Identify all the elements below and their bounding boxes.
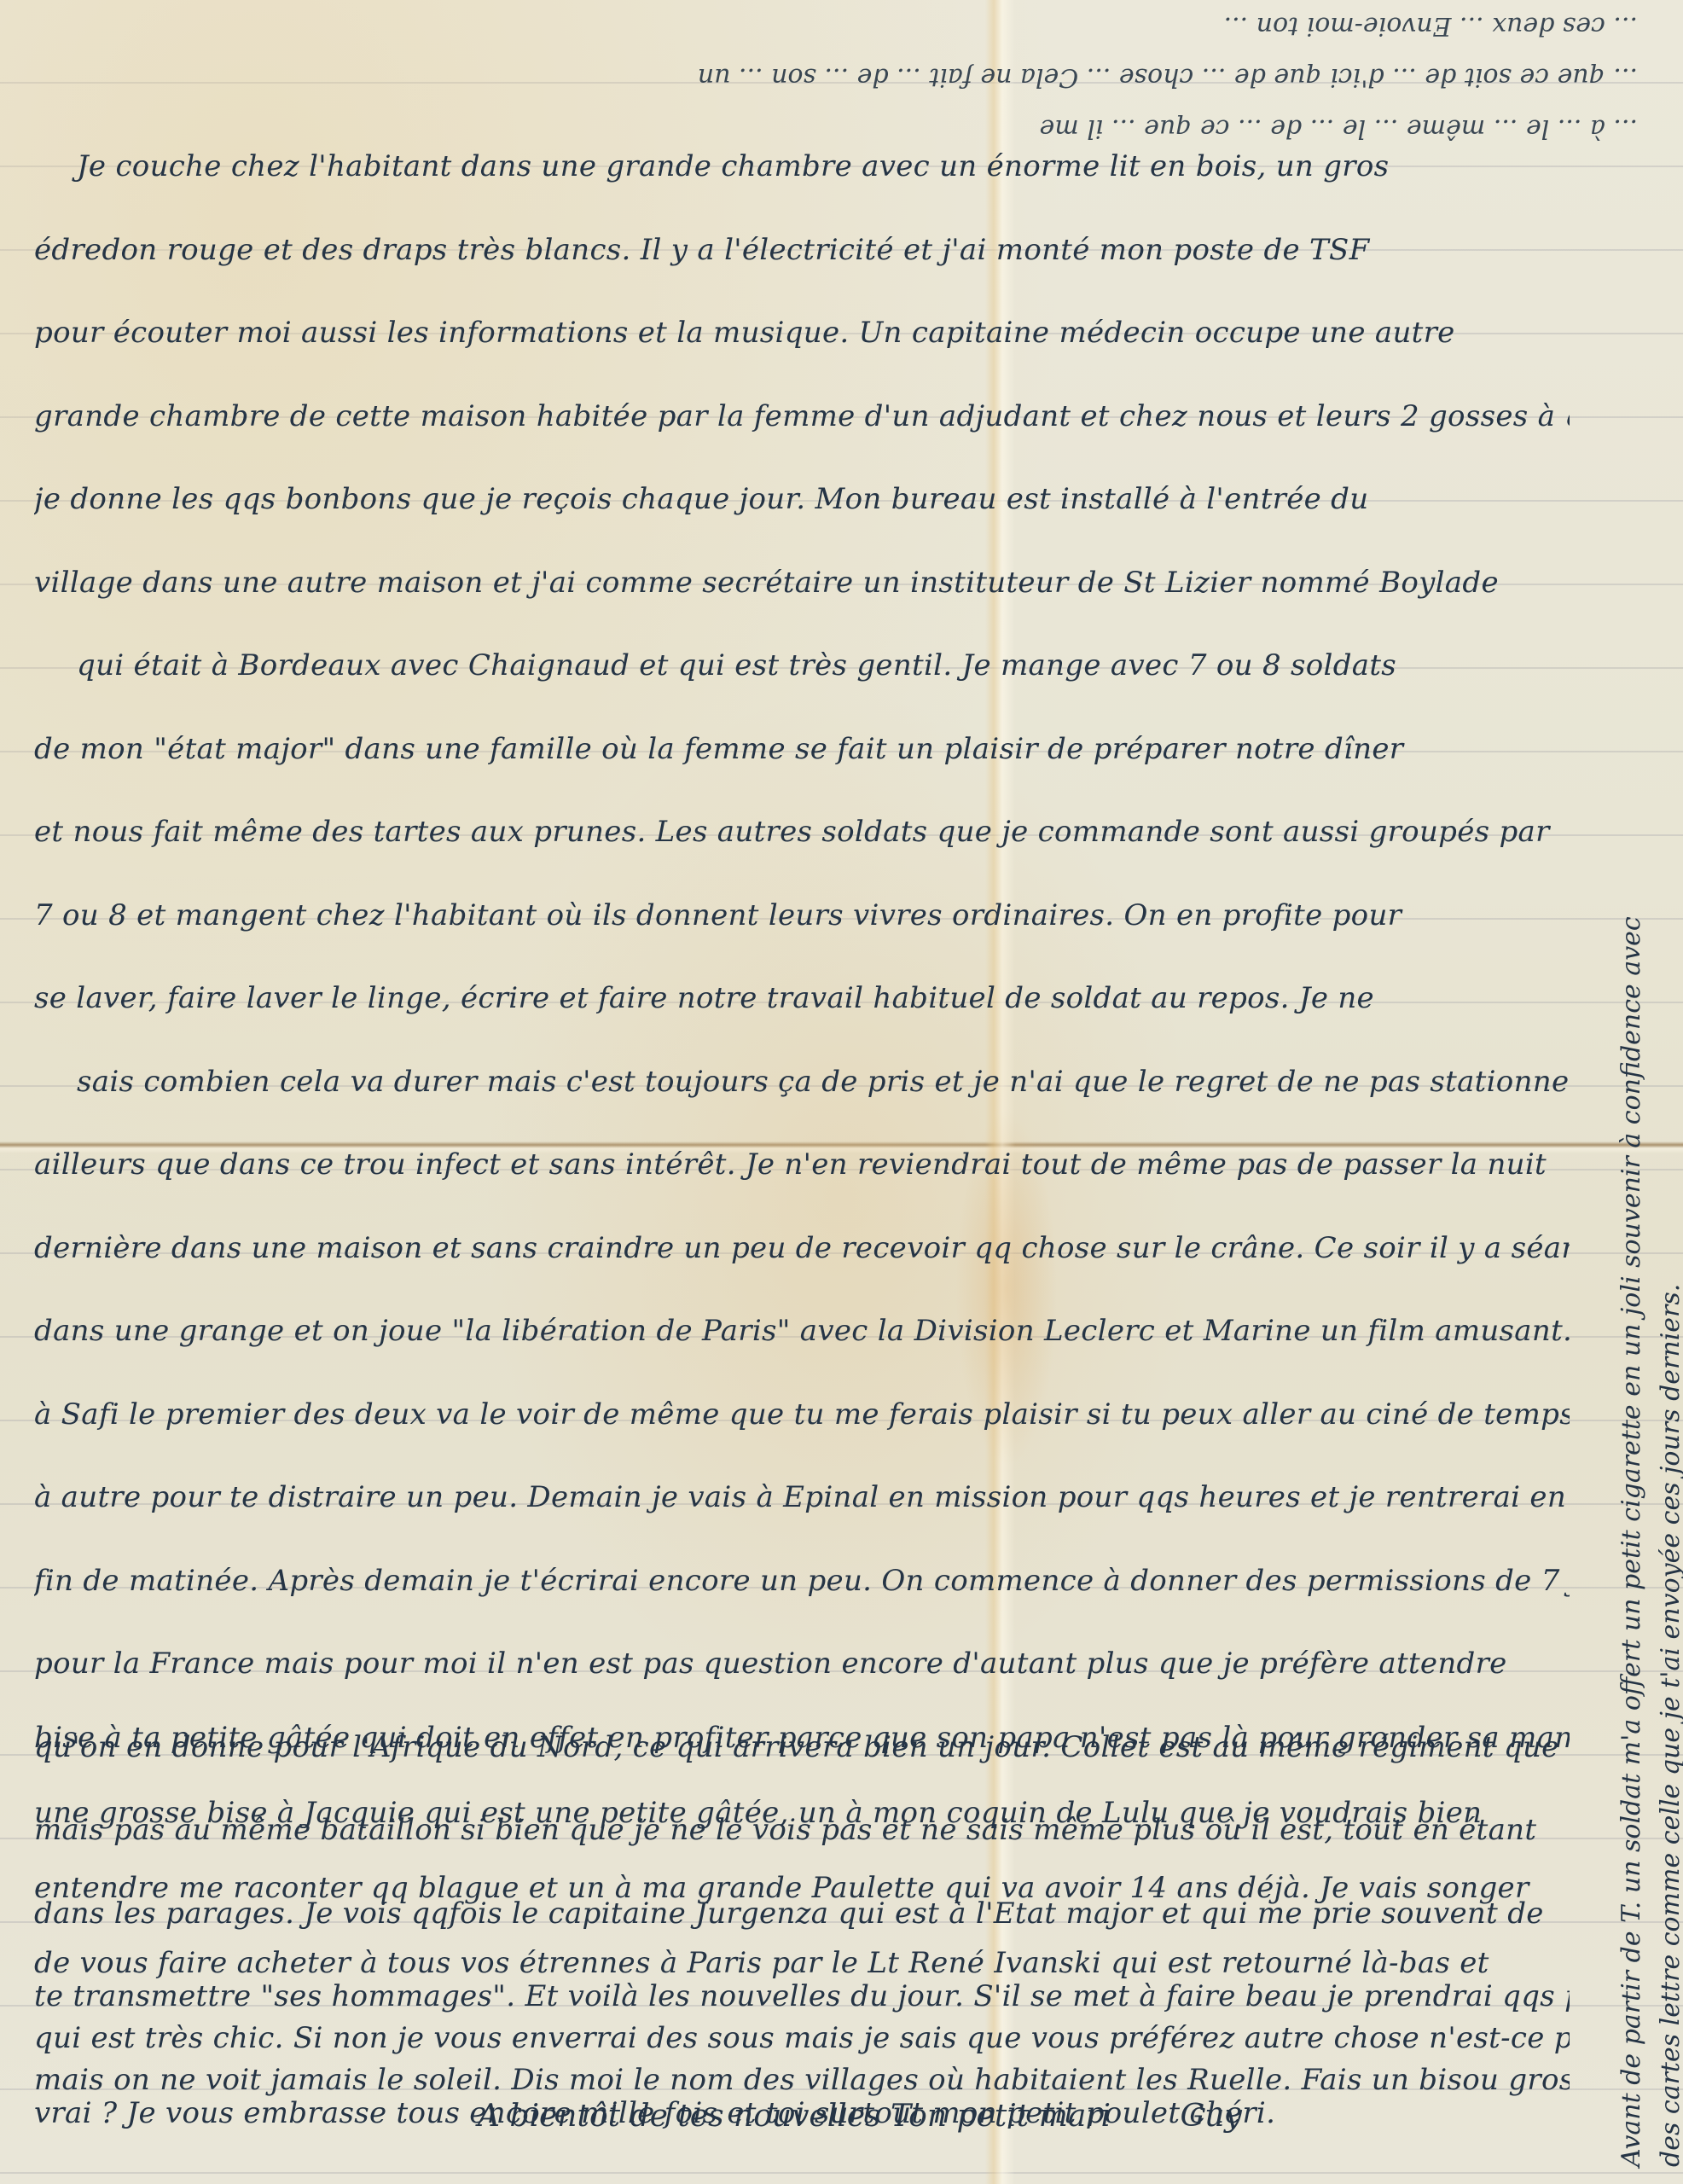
signature: Guy xyxy=(1181,2099,1242,2134)
letter-line: qui est très chic. Si non je vous enverr… xyxy=(34,2013,1570,2088)
letter-line: bise à ta petite gâtée qui doit en effet… xyxy=(34,1712,1570,1787)
letter-line: Je couche chez l'habitant dans une grand… xyxy=(34,141,1570,224)
letter-line: dernière dans une maison et sans craindr… xyxy=(34,1223,1570,1306)
letter-line: pour la France mais pour moi il n'en est… xyxy=(34,1638,1570,1722)
letter-line: fin de matinée. Après demain je t'écrira… xyxy=(34,1555,1570,1639)
letter-closing: A bientôt de tes nouvelles Ton petit mar… xyxy=(478,2099,1242,2134)
margin-note-line: des cartes lettre comme celle que je t'a… xyxy=(1651,119,1683,2167)
letter-line: 7 ou 8 et mangent chez l'habitant où ils… xyxy=(34,890,1570,973)
upside-down-postscript: ... à ... le ... même ... le ... de ... … xyxy=(51,0,1638,154)
letter-line: je donne les qqs bonbons que je reçois c… xyxy=(34,473,1570,557)
letter-line: édredon rouge et des draps très blancs. … xyxy=(34,224,1570,308)
upside-down-line: ... que ce soit de ... d'ici que de ... … xyxy=(51,51,1638,102)
closing-text: A bientôt de tes nouvelles Ton petit mar… xyxy=(478,2099,1111,2134)
letter-line: grande chambre de cette maison habitée p… xyxy=(34,391,1570,474)
margin-note-line: Avant de partir de T. un soldat m'a offe… xyxy=(1612,119,1651,2167)
letter-line: à autre pour te distraire un peu. Demain… xyxy=(34,1472,1570,1555)
letter-line: entendre me raconter qq blague et un à m… xyxy=(34,1862,1570,1937)
upside-down-line: ... ces deux ... Envoie-moi ton ... xyxy=(51,0,1638,51)
vertical-margin-note: Avant de partir de T. un soldat m'a offe… xyxy=(1612,119,1683,2167)
letter-line: sais combien cela va durer mais c'est to… xyxy=(34,1056,1570,1140)
letter-line: de mon "état major" dans une famille où … xyxy=(34,723,1570,807)
letter-line: qui était à Bordeaux avec Chaignaud et q… xyxy=(34,640,1570,723)
letter-body-continued: bise à ta petite gâtée qui doit en effet… xyxy=(34,1712,1570,2163)
letter-line: à Safi le premier des deux va le voir de… xyxy=(34,1389,1570,1472)
letter-line: se laver, faire laver le linge, écrire e… xyxy=(34,973,1570,1056)
letter-line: ailleurs que dans ce trou infect et sans… xyxy=(34,1139,1570,1223)
letter-line: et nous fait même des tartes aux prunes.… xyxy=(34,806,1570,890)
letter-line: village dans une autre maison et j'ai co… xyxy=(34,557,1570,641)
letter-line: une grosse bise à Jacquie qui est une pe… xyxy=(34,1787,1570,1862)
letter-line: pour écouter moi aussi les informations … xyxy=(34,307,1570,391)
letter-line: dans une grange et on joue "la libératio… xyxy=(34,1305,1570,1389)
letter-line: de vous faire acheter à tous vos étrenne… xyxy=(34,1937,1570,2013)
